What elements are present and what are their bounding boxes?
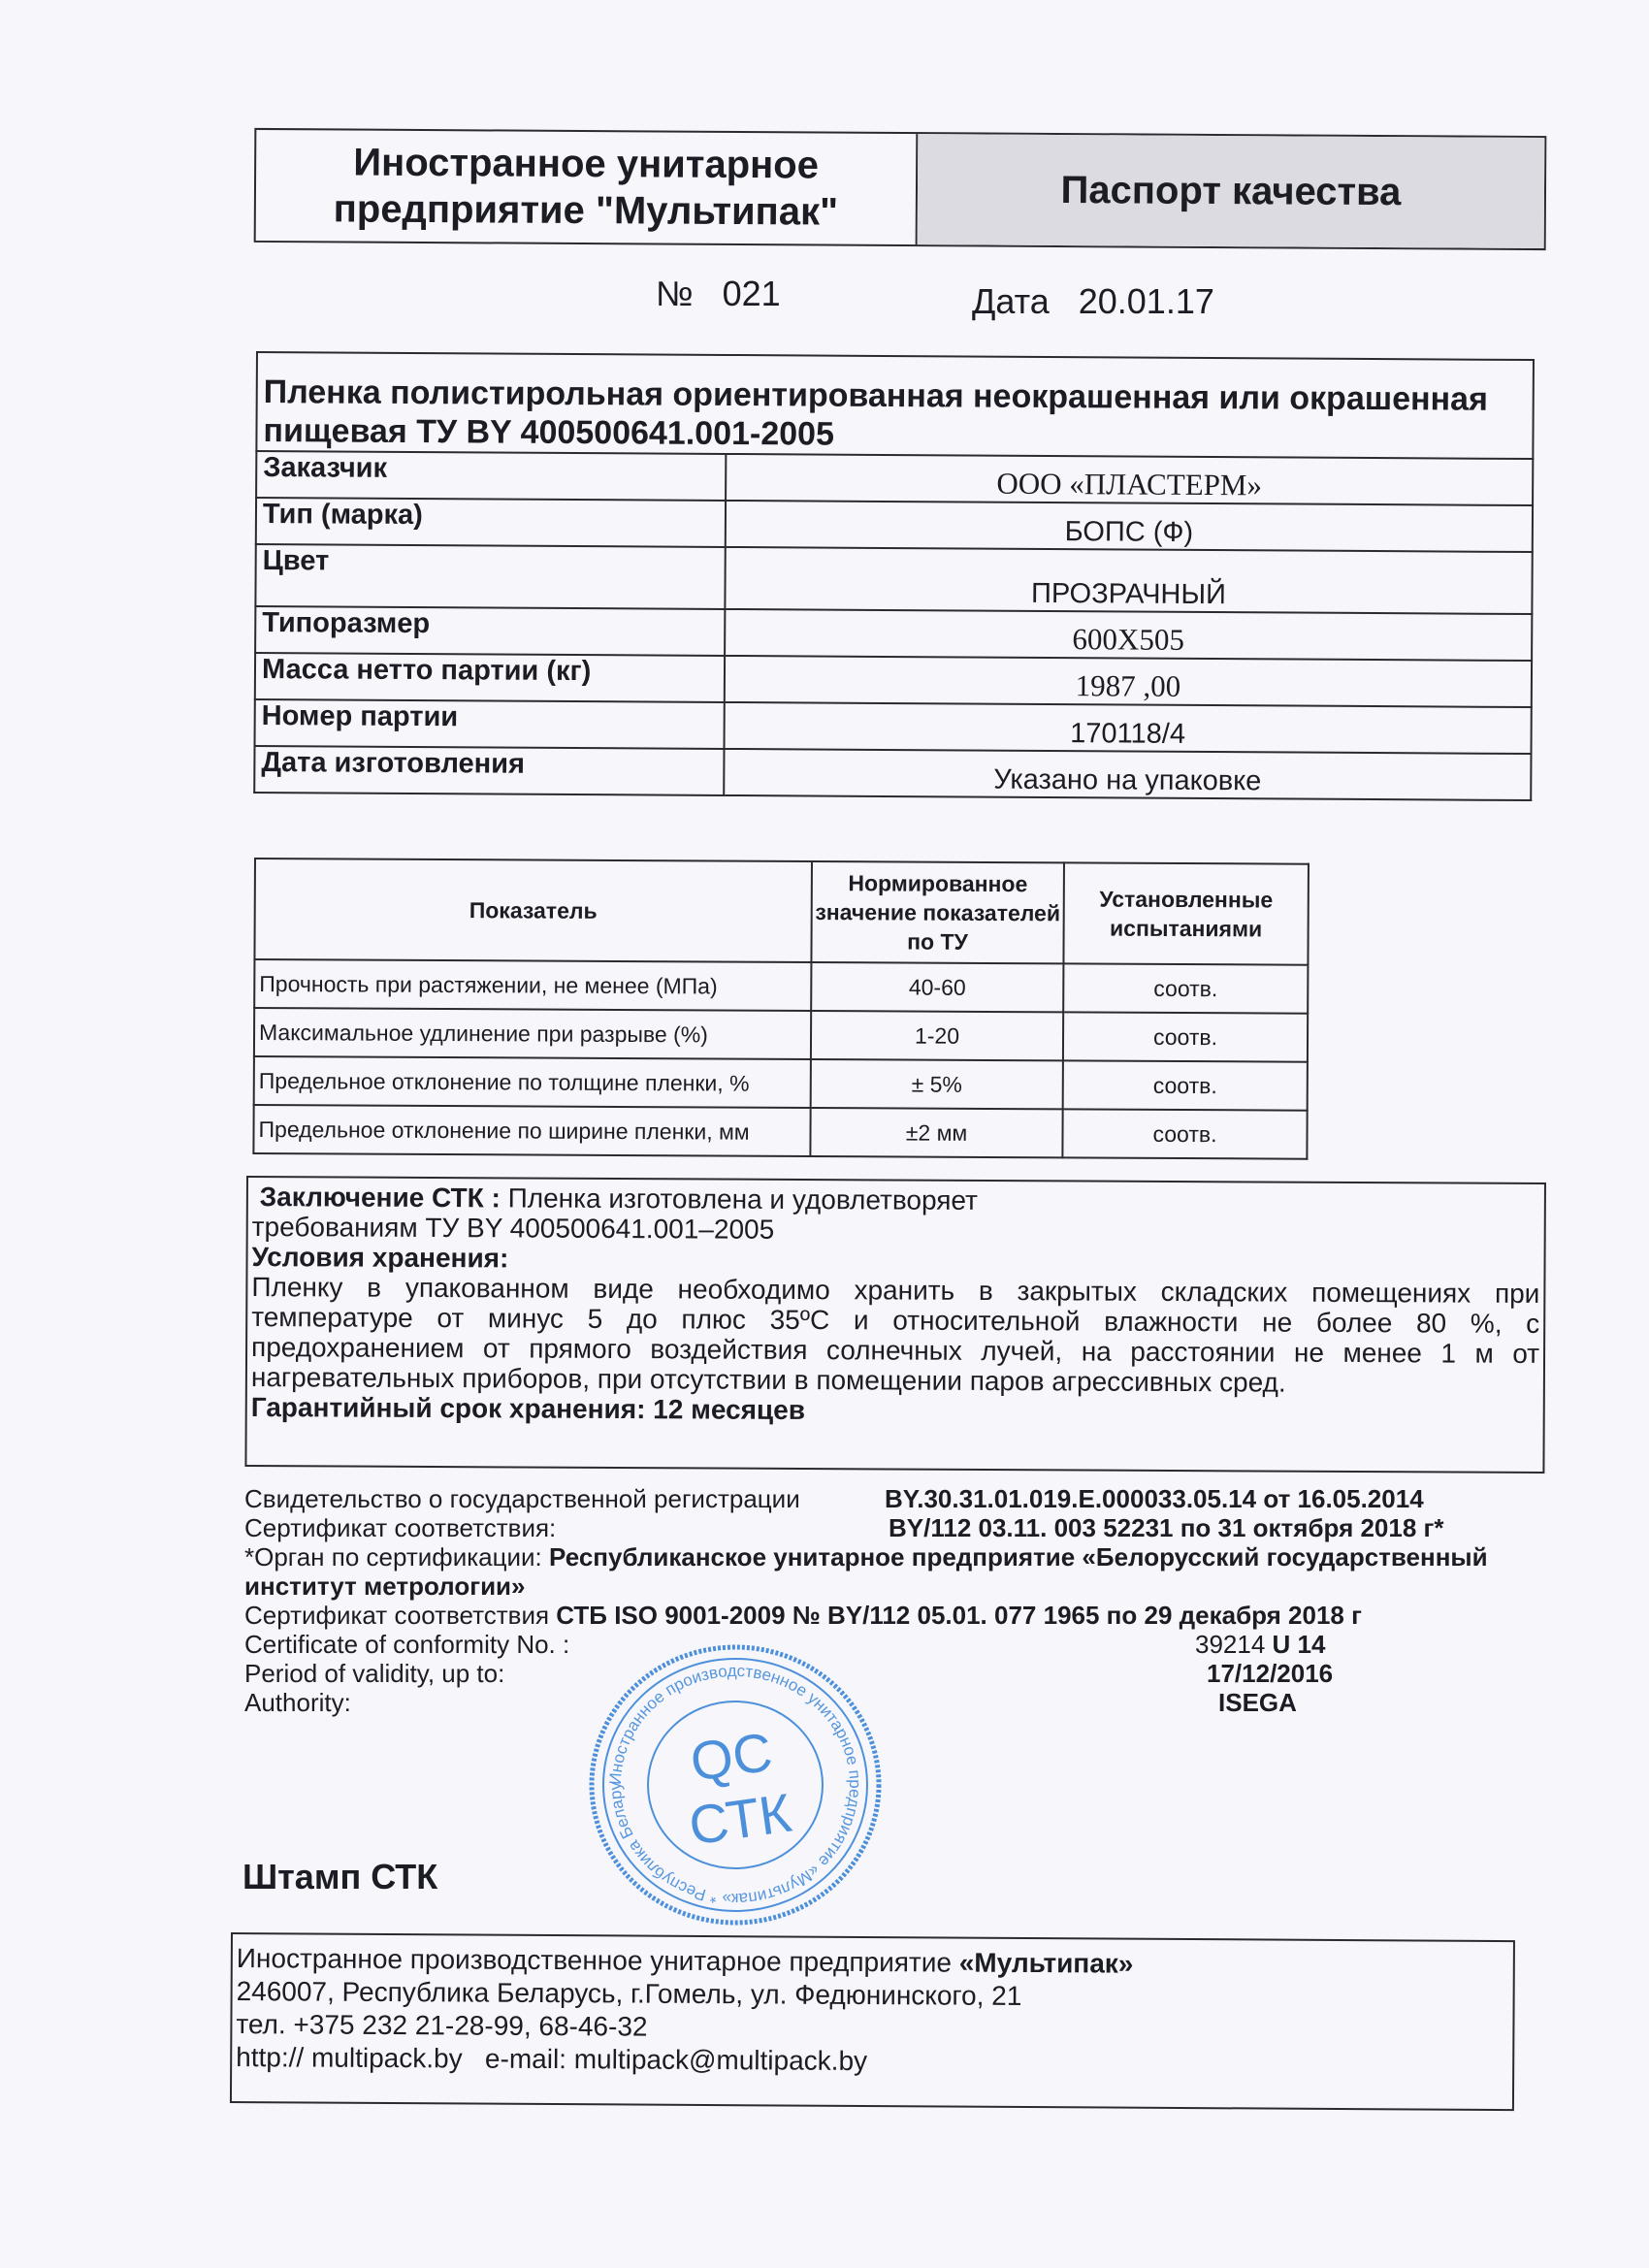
row-value: 170118/4 <box>725 702 1532 754</box>
row-value: ПРОЗРАЧНЫЙ <box>725 547 1532 614</box>
header-result: Установленные испытаниями <box>1063 862 1309 964</box>
row-label: Типоразмер <box>255 606 725 656</box>
footer-email-link[interactable]: e-mail: multipack@multipack.by <box>485 2044 867 2076</box>
body-label: *Орган по сертификации: <box>244 1542 542 1571</box>
cell: 1-20 <box>811 1011 1063 1060</box>
validity-label: Period of validity, up to: <box>244 1659 504 1688</box>
row-label: Тип (марка) <box>256 498 726 547</box>
cell: 40-60 <box>811 962 1063 1012</box>
iso-label: Сертификат соответствия <box>244 1601 549 1630</box>
row-label: Масса нетто партии (кг) <box>255 653 725 702</box>
row-value: 600X505 <box>725 609 1532 661</box>
validity-value: 17/12/2016 <box>1207 1659 1333 1688</box>
cell: соотв. <box>1063 1012 1308 1061</box>
row-value: 1987 ,00 <box>725 656 1532 707</box>
cell: Предельное отклонение по толщине пленки,… <box>254 1056 811 1108</box>
cell: соотв. <box>1062 1109 1307 1158</box>
table-row: ЦветПРОЗРАЧНЫЙ <box>255 544 1532 614</box>
footer-website-link[interactable]: http:// multipack.by <box>236 2042 463 2073</box>
table-row: Масса нетто партии (кг)1987 ,00 <box>255 653 1532 707</box>
footer-company-name: «Мультипак» <box>959 1948 1134 1979</box>
svg-text:СТК: СТК <box>685 1782 795 1857</box>
date-label: Дата <box>972 281 1050 321</box>
row-value: БОПС (Ф) <box>726 501 1533 552</box>
registration-label: Свидетельство о государственной регистра… <box>244 1484 800 1513</box>
table-row: Дата изготовленияУказано на упаковке <box>254 746 1531 800</box>
row-value: Указано на упаковке <box>724 749 1531 800</box>
product-table: Пленка полистирольная ориентированная не… <box>253 351 1535 801</box>
authority-value: ISEGA <box>1218 1688 1297 1717</box>
cert-no-label: Certificate of conformity No. : <box>244 1630 569 1659</box>
row-value: ООО «ПЛАСТЕРМ» <box>726 454 1533 505</box>
svg-text:QC: QC <box>687 1721 776 1793</box>
footer-company-prefix: Иностранное производственное унитарное п… <box>237 1943 959 1978</box>
cell: Предельное отклонение по ширине пленки, … <box>253 1105 810 1156</box>
conclusion-box: Заключение СТК : Пленка изготовлена и уд… <box>244 1176 1546 1474</box>
table-row: Прочность при растяжении, не менее (МПа)… <box>254 959 1308 1014</box>
registration-value: BY.30.31.01.019.Е.000033.05.14 от 16.05.… <box>885 1484 1424 1513</box>
cert-no-value-a: 39214 <box>1195 1630 1265 1659</box>
indicators-table: Показатель Нормированное значение показа… <box>252 858 1309 1160</box>
header-indicator: Показатель <box>254 859 812 962</box>
warranty: Гарантийный срок хранения: 12 месяцев <box>251 1392 805 1425</box>
cell: Максимальное удлинение при разрыве (%) <box>254 1008 811 1059</box>
table-row: ЗаказчикООО «ПЛАСТЕРМ» <box>256 451 1533 505</box>
row-label: Номер партии <box>255 699 725 749</box>
company-name: Иностранное унитарное предприятие "Мульт… <box>256 130 919 244</box>
iso-value: СТБ ISO 9001-2009 № BY/112 05.01. 077 19… <box>556 1601 1362 1630</box>
authority-label: Authority: <box>244 1688 351 1717</box>
document-header: Иностранное унитарное предприятие "Мульт… <box>254 128 1547 250</box>
date-value: 20.01.17 <box>1079 281 1214 321</box>
qc-stamp-icon: Иностранное производственное унитарное п… <box>580 1639 890 1930</box>
cell: ±2 мм <box>810 1108 1062 1157</box>
document-date: Дата 20.01.17 <box>972 281 1214 322</box>
document-number: № 021 <box>656 274 781 314</box>
table-row: Тип (марка)БОПС (Ф) <box>256 498 1533 552</box>
document-title: Паспорт качества <box>918 134 1545 248</box>
row-label: Цвет <box>255 544 725 609</box>
table-row: Предельное отклонение по толщине пленки,… <box>254 1056 1308 1111</box>
conformity-value: BY/112 03.11. 003 52231 по 31 октября 20… <box>889 1513 1443 1542</box>
stamp-title: Штамп СТК <box>242 1857 437 1897</box>
certificates-section: Свидетельство о государственной регистра… <box>244 1484 1564 1717</box>
header-norm: Нормированное значение показателей по ТУ <box>811 861 1064 963</box>
company-contacts-box: Иностранное производственное унитарное п… <box>230 1932 1515 2111</box>
table-row: Максимальное удлинение при разрыве (%)1-… <box>254 1008 1308 1062</box>
cell: соотв. <box>1063 963 1308 1013</box>
conclusion-label: Заключение СТК : <box>260 1182 501 1213</box>
table-row: Предельное отклонение по ширине пленки, … <box>253 1105 1307 1159</box>
cell: Прочность при растяжении, не менее (МПа) <box>254 959 811 1011</box>
storage-label: Условия хранения: <box>251 1242 508 1273</box>
row-label: Заказчик <box>256 451 726 501</box>
cert-no-value-b: U 14 <box>1273 1630 1326 1659</box>
row-label: Дата изготовления <box>254 746 724 795</box>
table-row: Номер партии170118/4 <box>255 699 1532 754</box>
cell: ± 5% <box>811 1059 1063 1109</box>
cell: соотв. <box>1063 1060 1308 1110</box>
table-row: Типоразмер600X505 <box>255 606 1532 661</box>
product-title: Пленка полистирольная ориентированная не… <box>256 352 1534 459</box>
conclusion-text: Пленка изготовлена и удовлетворяет <box>508 1183 978 1215</box>
number-value: 021 <box>723 274 781 313</box>
conformity-label: Сертификат соответствия: <box>244 1513 556 1542</box>
number-label: № <box>656 274 694 313</box>
